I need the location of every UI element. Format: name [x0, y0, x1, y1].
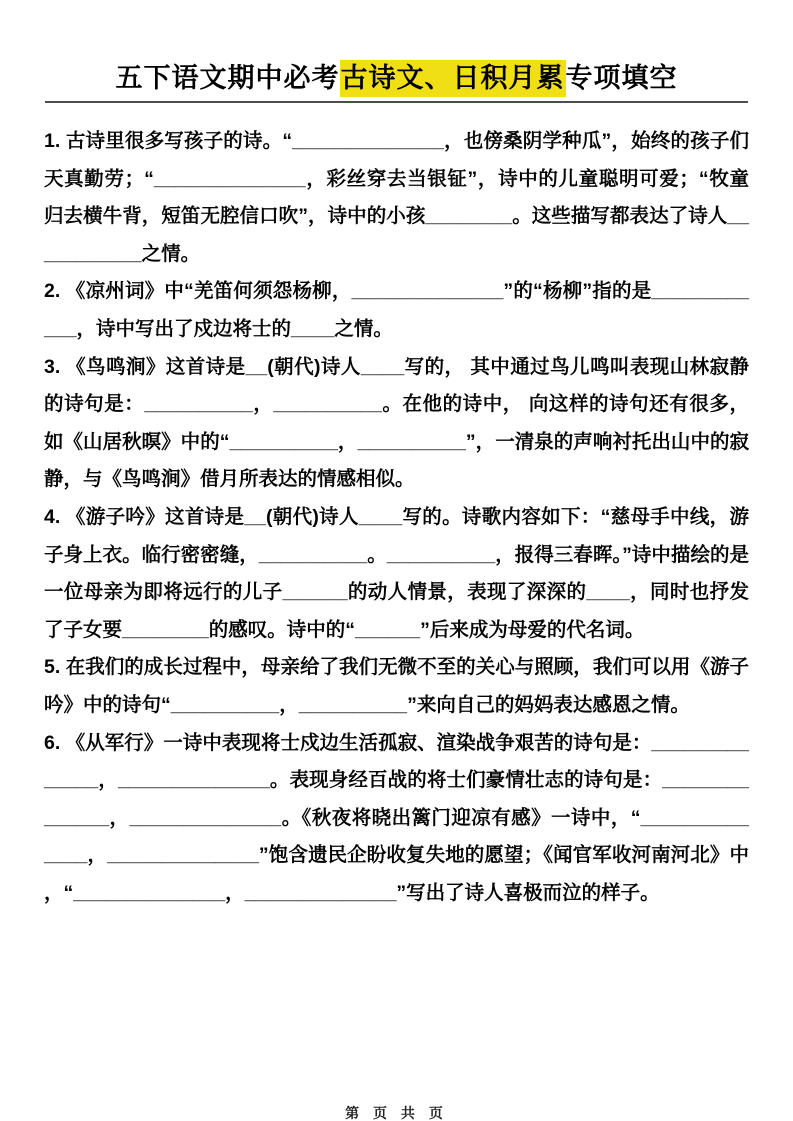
question-paragraph-3: 3. 《鸟鸣涧》这首诗是__(朝代)诗人____写的， 其中通过鸟儿鸣叫表现山林… — [44, 349, 749, 499]
question-paragraph-5: 5. 在我们的成长过程中，母亲给了我们无微不至的关心与照顾，我们可以用《游子吟》… — [44, 649, 749, 724]
worksheet-page: 五下语文期中必考古诗文、日积月累专项填空 1. 古诗里很多写孩子的诗。“____… — [0, 0, 793, 1121]
title-divider — [45, 101, 748, 103]
question-paragraph-4: 4. 《游子吟》这首诗是__(朝代)诗人____写的。诗歌内容如下：“慈母手中线… — [44, 499, 749, 649]
worksheet-body: 1. 古诗里很多写孩子的诗。“______________，也傍桑阴学种瓜”，始… — [44, 123, 749, 912]
question-paragraph-2: 2. 《凉州词》中“羌笛何须怨杨柳，______________”的“杨柳”指的… — [44, 273, 749, 348]
question-paragraph-1: 1. 古诗里很多写孩子的诗。“______________，也傍桑阴学种瓜”，始… — [44, 123, 749, 273]
page-footer: 第 页 共 页 — [0, 1103, 793, 1121]
page-title: 五下语文期中必考古诗文、日积月累专项填空 — [0, 0, 793, 96]
page-title-post: 专项填空 — [566, 63, 678, 93]
page-title-pre: 五下语文期中必考 — [116, 63, 340, 93]
page-title-highlight: 古诗文、日积月累 — [340, 60, 566, 97]
question-paragraph-6: 6. 《从军行》一诗中表现将士戍边生活孤寂、渲染战争艰苦的诗句是：_______… — [44, 725, 749, 913]
